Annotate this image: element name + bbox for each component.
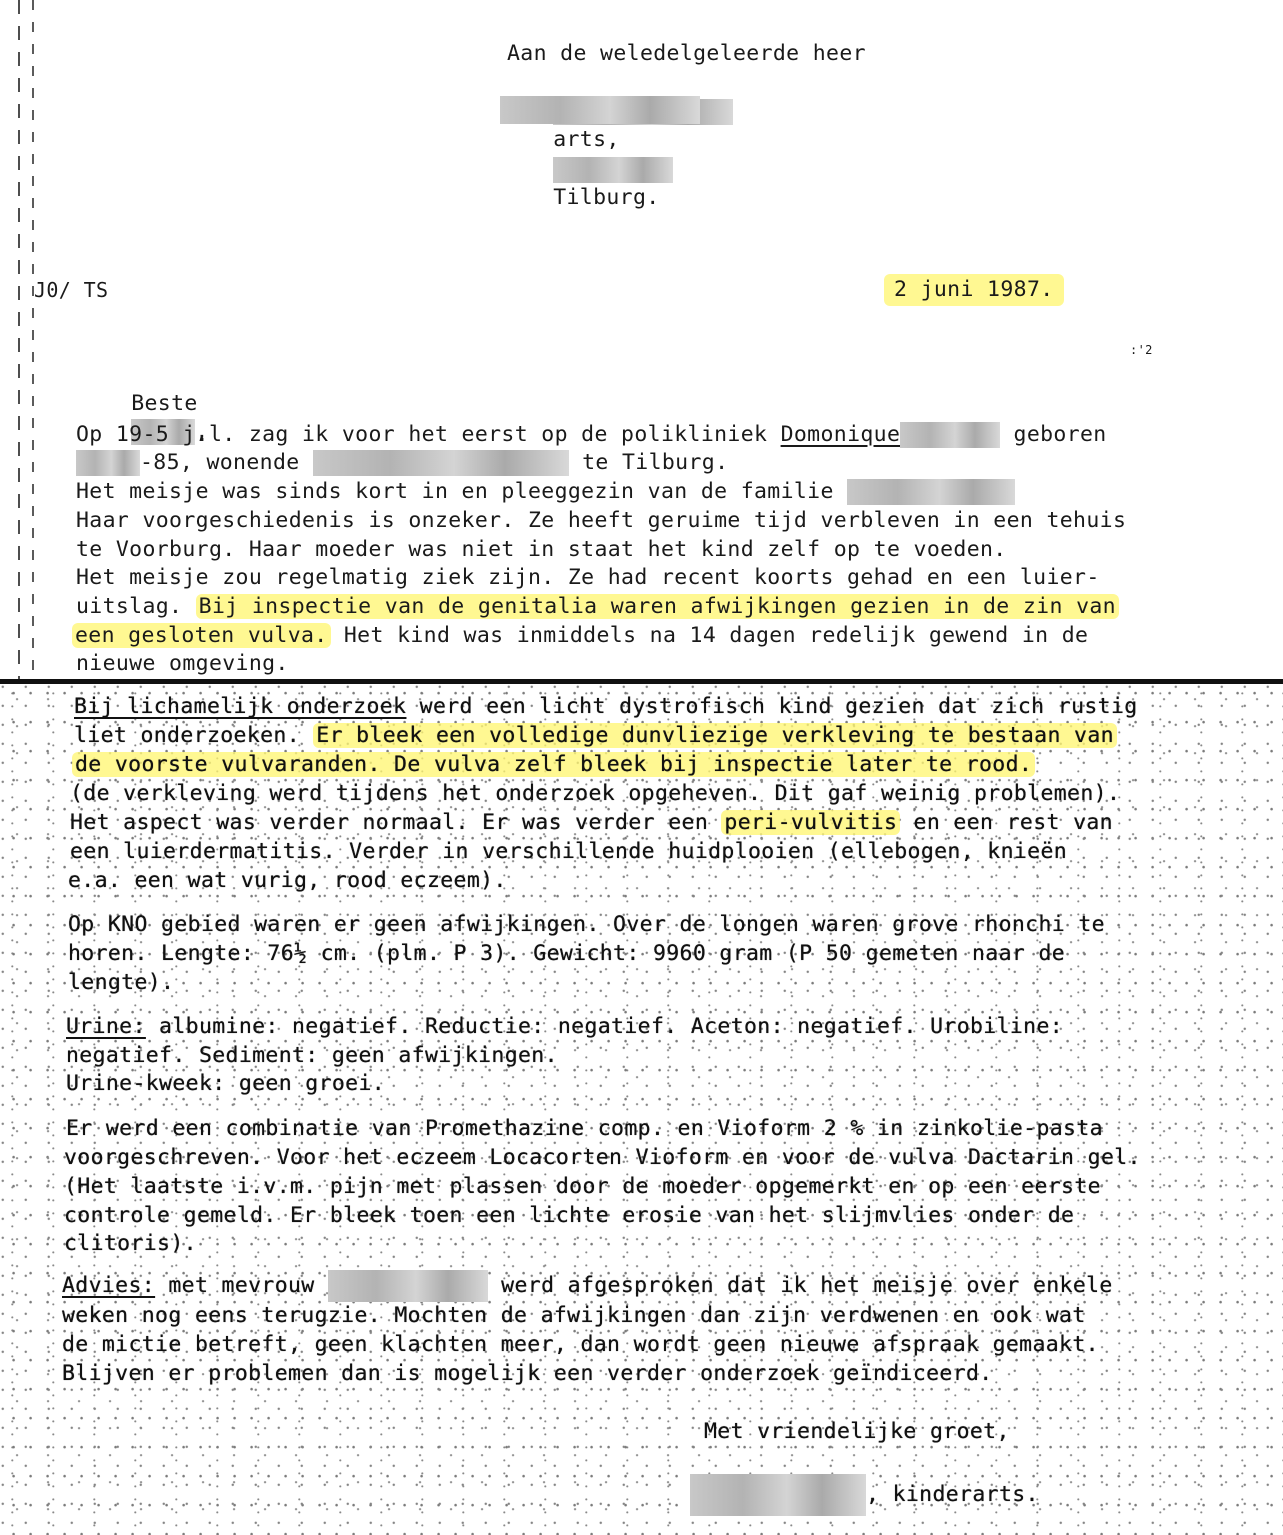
- redacted-address: [553, 157, 673, 183]
- p2-line-3: de voorste vulvaranden. De vulva zelf bl…: [72, 751, 1035, 779]
- text: werd een licht dystrofisch kind gezien d…: [406, 694, 1137, 719]
- text: geboren: [1000, 422, 1106, 447]
- highlighted-finding: een gesloten vulva.: [72, 623, 331, 648]
- letter-date: 2 juni 1987.: [884, 274, 1064, 306]
- p1-line-9: nieuwe omgeving.: [76, 650, 289, 678]
- highlighted-finding: de voorste vulvaranden. De vulva zelf bl…: [72, 752, 1035, 777]
- p1-line-1: Op 19-5 j.l. zag ik voor het eerst op de…: [76, 421, 1107, 449]
- greeting-word: Beste: [131, 391, 197, 416]
- p4-line-2: negatief. Sediment: geen afwijkingen.: [66, 1042, 558, 1070]
- p5-line-1: Er werd een combinatie van Promethazine …: [66, 1115, 1103, 1143]
- p4-line-3: Urine-kweek: geen groei.: [66, 1070, 385, 1098]
- p1-line-2: -85, wonende te Tilburg.: [76, 449, 728, 477]
- text: Het meisje was sinds kort in en pleeggez…: [76, 479, 834, 504]
- section-heading: Advies:: [62, 1273, 155, 1298]
- p5-line-5: clitoris).: [64, 1230, 197, 1258]
- text: Het aspect was verder normaal. Er was ve…: [70, 810, 721, 835]
- p1-line-8: een gesloten vulva. Het kind was inmidde…: [72, 622, 1088, 650]
- redacted-family: [847, 479, 1015, 505]
- p3-line-2: horen. Lengte: 76½ cm. (plm. P 3). Gewic…: [68, 940, 1065, 968]
- p2-line-2: liet onderzoeken. Er bleek een volledige…: [74, 722, 1117, 750]
- redacted-birthdate: [76, 450, 140, 476]
- redacted-foster-parent: [328, 1270, 488, 1302]
- redacted-doctor-name: [690, 1474, 866, 1516]
- p1-line-7: uitslag. Bij inspectie van de genitalia …: [76, 593, 1119, 621]
- signature-title: , kinderarts.: [866, 1482, 1039, 1507]
- p1-line-3: Het meisje was sinds kort in en pleeggez…: [76, 478, 1015, 506]
- p6-line-1: Advies: met mevrouw werd afgesproken dat…: [62, 1270, 1113, 1302]
- closing-greeting: Met vriendelijke groet,: [704, 1418, 1010, 1446]
- highlighted-finding: Er bleek een volledige dunvliezige verkl…: [313, 723, 1117, 748]
- margin-scan-marks: [18, 0, 40, 683]
- p6-line-3: de mictie betreft, geen klachten meer, d…: [62, 1331, 1099, 1359]
- p1-line-6: Het meisje zou regelmatig ziek zijn. Ze …: [76, 564, 1100, 592]
- p2-line-6: een luierdermatitis. Verder in verschill…: [70, 838, 1067, 866]
- p3-line-3: lengte).: [68, 969, 174, 997]
- text: Op 19-5 j.l. zag ik voor het eerst op de…: [76, 422, 781, 447]
- redacted-street: [313, 450, 569, 476]
- signature-line: , kinderarts.: [690, 1474, 1039, 1516]
- p6-line-2: weken nog eens terugzie. Mochten de afwi…: [62, 1302, 1086, 1330]
- text: Het kind was inmiddels na 14 dagen redel…: [331, 623, 1089, 648]
- address-city: Tilburg.: [553, 185, 659, 210]
- text: werd afgesproken dat ik het meisje over …: [488, 1273, 1113, 1298]
- redacted-address-block: [500, 96, 700, 124]
- p4-line-1: Urine: albumine: negatief. Reductie: neg…: [66, 1013, 1063, 1041]
- p1-line-5: te Voorburg. Haar moeder was niet in sta…: [76, 536, 1007, 564]
- patient-name: Domonique: [781, 422, 901, 447]
- corner-mark: :'2: [1130, 336, 1153, 364]
- p2-line-4: (de verkleving werd tijdens het onderzoe…: [70, 780, 1120, 808]
- highlighted-finding: Bij inspectie van de genitalia waren afw…: [196, 594, 1119, 619]
- p3-line-1: Op KNO gebied waren er geen afwijkingen.…: [68, 911, 1105, 939]
- text: te Tilburg.: [569, 450, 729, 475]
- p1-line-4: Haar voorgeschiedenis is onzeker. Ze hee…: [76, 507, 1126, 535]
- p5-line-3: (Het laatste i.v.m. pijn met plassen doo…: [64, 1173, 1101, 1201]
- address-salutation: Aan de weledelgeleerde heer: [507, 40, 866, 68]
- section-heading: Bij lichamelijk onderzoek: [74, 694, 406, 719]
- text: uitslag.: [76, 594, 196, 619]
- highlighted-diagnosis: peri-vulvitis: [721, 810, 900, 835]
- p5-line-2: voorgeschreven. Voor het eczeem Locacort…: [64, 1144, 1141, 1172]
- section-heading: Urine:: [66, 1014, 146, 1039]
- p2-line-7: e.a. een wat vurig, rood eczeem).: [68, 867, 507, 895]
- scan-fold-line: [0, 679, 1283, 684]
- text: albumine: negatief. Reductie: negatief. …: [146, 1014, 1063, 1039]
- p5-line-4: controle gemeld. Er bleek toen een licht…: [64, 1202, 1074, 1230]
- text: en een rest van: [900, 810, 1113, 835]
- text: liet onderzoeken.: [74, 723, 313, 748]
- letter-page: Aan de weledelgeleerde heer arts, Tilbur…: [0, 0, 1283, 1535]
- redacted-surname: [900, 422, 1000, 448]
- p2-line-5: Het aspect was verder normaal. Er was ve…: [70, 809, 1113, 837]
- address-line-3: Tilburg.: [500, 128, 673, 240]
- p2-line-1: Bij lichamelijk onderzoek werd een licht…: [74, 693, 1138, 721]
- text: met mevrouw: [155, 1273, 328, 1298]
- p6-line-4: Blijven er problemen dan is mogelijk een…: [62, 1360, 993, 1388]
- reference-code: J0/ TS: [34, 276, 108, 304]
- text: -85, wonende: [140, 450, 313, 475]
